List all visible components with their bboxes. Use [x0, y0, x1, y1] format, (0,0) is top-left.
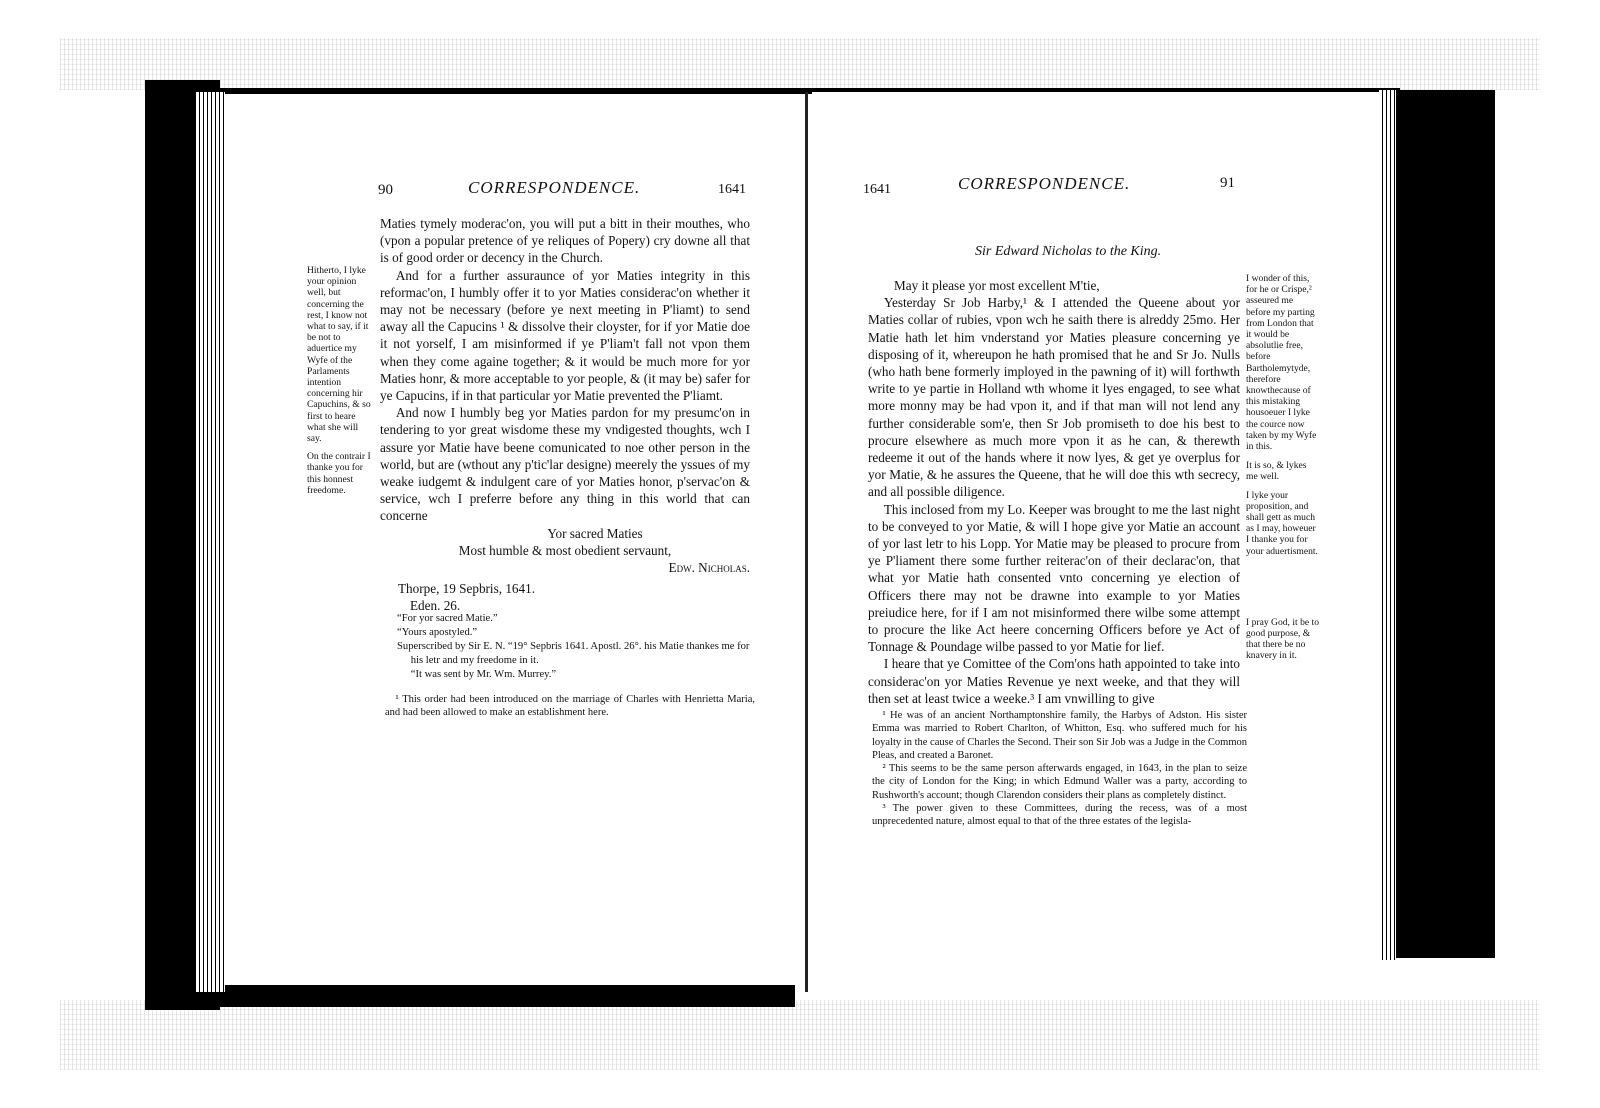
marginal-note: I lyke your proposition, and shall gett … [1246, 490, 1320, 557]
endorsements: “For yor sacred Matie.” “Yours apostyled… [397, 612, 752, 682]
left-paragraph: Maties tymely moderac'on, you will put a… [380, 215, 750, 267]
right-page-edges [1378, 90, 1396, 960]
left-running-head: CORRESPONDENCE. [468, 178, 640, 198]
salutation: May it please yor most excellent M'tie, [868, 277, 1240, 294]
right-footnotes: ¹ He was of an ancient Northamptonshire … [872, 709, 1247, 829]
endorsement: “For yor sacred Matie.” [397, 612, 752, 626]
right-paragraph: I heare that ye Comittee of the Com'ons … [868, 655, 1240, 707]
footnote: ¹ This order had been introduced on the … [385, 693, 755, 720]
footnote: ¹ He was of an ancient Northamptonshire … [872, 709, 1247, 762]
right-body: May it please yor most excellent M'tie, … [868, 277, 1240, 707]
endorsement: “It was sent by Mr. Wm. Murrey.” [397, 668, 752, 682]
scan-background-bottom [60, 1000, 1540, 1070]
closing-line-1: Yor sacred Maties [380, 525, 750, 542]
right-paragraph: Yesterday Sr Job Harby,¹ & I attended th… [868, 294, 1240, 500]
left-cover-bottom [145, 985, 795, 1007]
endorsement: Superscribed by Sir E. N. “19° Sepbris 1… [397, 640, 752, 668]
marginal-note: I wonder of this, for he or Crispe,² ass… [1246, 273, 1320, 452]
footnote: ² This seems to be the same person after… [872, 762, 1247, 802]
date-line: Thorpe, 19 Sepbris, 1641. [380, 580, 750, 597]
book-gutter [805, 92, 808, 992]
letter-title: Sir Edward Nicholas to the King. [975, 244, 1161, 260]
scan-background-top [60, 38, 1540, 90]
marginal-note: It is so, & lykes me well. [1246, 460, 1320, 482]
marginal-note: On the contrair I thanke you for this ho… [307, 451, 375, 496]
right-cover [1395, 90, 1495, 958]
signature: Edw. Nicholas. [380, 559, 750, 576]
right-paragraph: This inclosed from my Lo. Keeper was bro… [868, 501, 1240, 656]
left-marginal-notes: Hitherto, I lyke your opinion well, but … [307, 265, 375, 503]
right-running-head: CORRESPONDENCE. [958, 174, 1130, 194]
right-marginal-notes: I wonder of this, for he or Crispe,² ass… [1246, 273, 1320, 669]
footnote: ³ The power given to these Committees, d… [872, 802, 1247, 829]
left-footnotes: ¹ This order had been introduced on the … [385, 693, 755, 720]
left-paragraph: And now I humbly beg yor Maties pardon f… [380, 404, 750, 524]
left-body: Maties tymely moderac'on, you will put a… [380, 215, 750, 615]
endorsement: “Yours apostyled.” [397, 626, 752, 640]
marginal-note: Hitherto, I lyke your opinion well, but … [307, 265, 375, 444]
left-page-edges [195, 92, 225, 992]
closing-line-2: Most humble & most obedient servaunt, [380, 542, 750, 559]
right-page-number: 91 [1220, 175, 1235, 192]
right-year: 1641 [863, 182, 891, 198]
marginal-note: I pray God, it be to good purpose, & tha… [1246, 617, 1320, 662]
left-page-number: 90 [378, 182, 393, 199]
left-year: 1641 [718, 182, 746, 198]
left-paragraph: And for a further assuraunce of yor Mati… [380, 267, 750, 405]
